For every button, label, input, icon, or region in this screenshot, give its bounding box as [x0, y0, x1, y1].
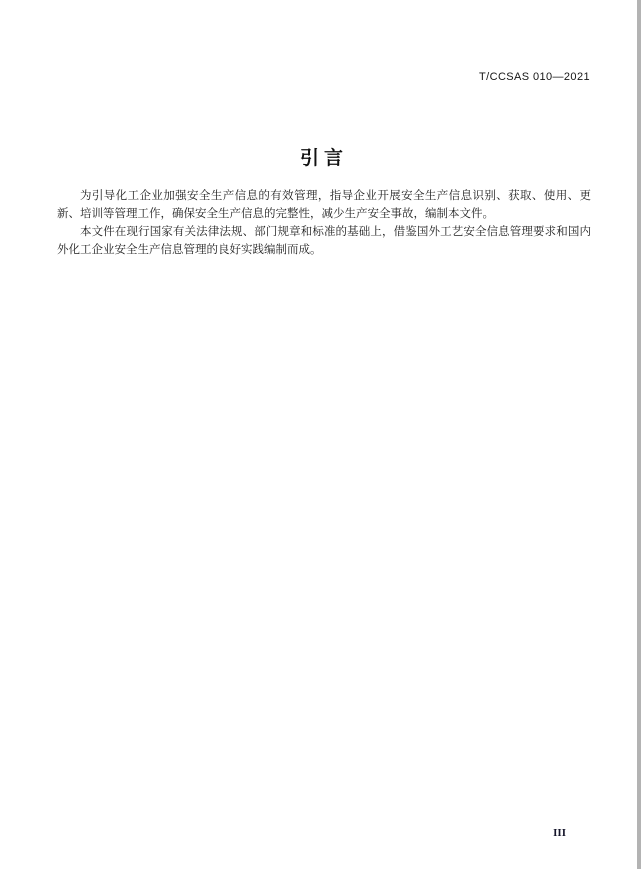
standard-code: T/CCSAS 010—2021 [479, 71, 590, 83]
body-text: 为引导化工企业加强安全生产信息的有效管理，指导企业开展安全生产信息识别、获取、使… [57, 186, 591, 258]
paragraph: 本文件在现行国家有关法律法规、部门规章和标准的基础上，借鉴国外工艺安全信息管理要… [57, 222, 591, 258]
paragraph: 为引导化工企业加强安全生产信息的有效管理，指导企业开展安全生产信息识别、获取、使… [57, 186, 591, 222]
page-edge-shadow [637, 0, 641, 869]
page-title: 引言 [0, 143, 643, 170]
document-page: T/CCSAS 010—2021 引言 为引导化工企业加强安全生产信息的有效管理… [0, 0, 643, 869]
page-number: III [553, 827, 566, 839]
